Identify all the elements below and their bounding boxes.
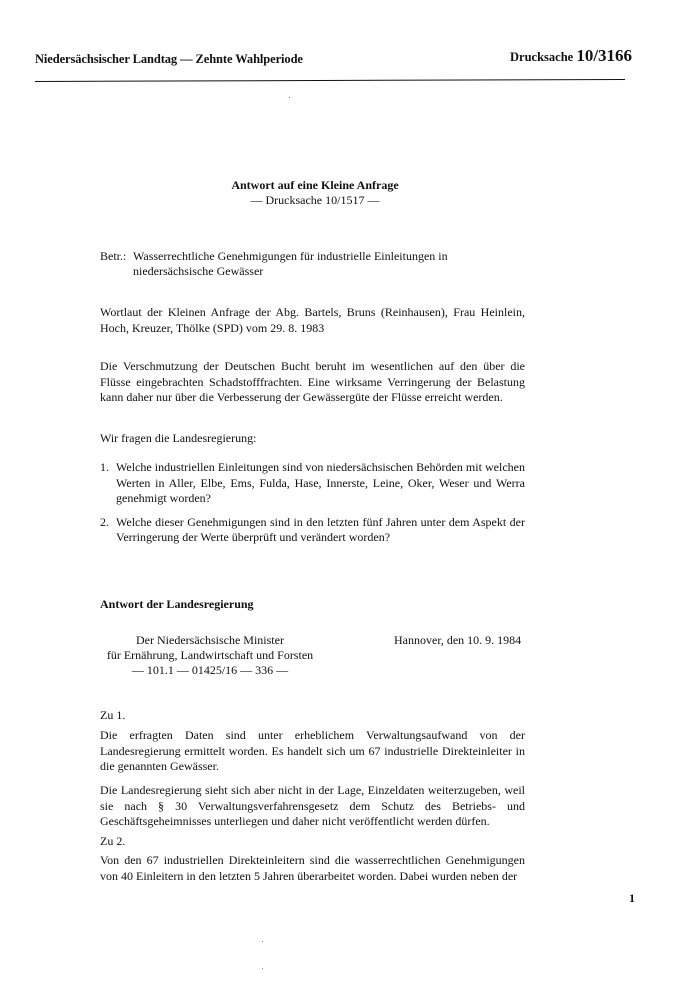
header-divider <box>35 79 625 82</box>
scan-speck <box>262 941 263 942</box>
subject-text: Wasserrechtliche Genehmigungen für indus… <box>133 249 528 279</box>
scan-speck <box>289 97 290 98</box>
question-number: 1. <box>100 460 116 507</box>
inquiry-preamble: Die Verschmutzung der Deutschen Bucht be… <box>100 359 525 406</box>
question-text: Welche industriellen Einleitungen sind v… <box>116 460 525 507</box>
dateline: Hannover, den 10. 9. 1984 <box>394 633 521 648</box>
minister-line-2: für Ernährung, Landwirtschaft und Forste… <box>100 648 320 663</box>
answer-heading: Antwort der Landesregierung <box>100 597 254 612</box>
title-line-2: — Drucksache 10/1517 — <box>200 193 430 208</box>
subject-line: Betr.:Wasserrechtliche Genehmigungen für… <box>100 249 530 279</box>
answer-1-paragraph-1: Die erfragten Daten sind unter erheblich… <box>100 728 525 775</box>
header-parliament-title: Niedersächsischer Landtag — Zehnte Wahlp… <box>35 52 303 67</box>
document-title: Antwort auf eine Kleine Anfrage — Drucks… <box>200 178 430 208</box>
minister-reference: — 101.1 — 01425/16 — 336 — <box>100 663 320 678</box>
minister-block: Der Niedersächsische Minister für Ernähr… <box>100 633 320 678</box>
inquiry-intro: Wortlaut der Kleinen Anfrage der Abg. Ba… <box>100 305 525 336</box>
question-list: 1. Welche industriellen Einleitungen sin… <box>100 460 525 554</box>
section-heading-2: Zu 2. <box>100 834 125 849</box>
document-number-label: Drucksache <box>510 50 573 64</box>
question-text: Welche dieser Genehmigungen sind in den … <box>116 515 525 546</box>
question-lead: Wir fragen die Landesregierung: <box>100 431 525 447</box>
answer-1-paragraph-2: Die Landesregierung sieht sich aber nich… <box>100 783 525 830</box>
answer-2-paragraph-1: Von den 67 industriellen Direkteinleiter… <box>100 853 525 884</box>
title-line-1: Antwort auf eine Kleine Anfrage <box>200 178 430 193</box>
question-item: 1. Welche industriellen Einleitungen sin… <box>100 460 525 507</box>
question-item: 2. Welche dieser Genehmigungen sind in d… <box>100 515 525 546</box>
section-heading-1: Zu 1. <box>100 708 125 723</box>
scan-speck <box>262 968 263 969</box>
header-document-number: Drucksache 10/3166 <box>510 46 632 66</box>
document-number-value: 10/3166 <box>576 46 632 65</box>
subject-label: Betr.: <box>100 249 133 264</box>
question-number: 2. <box>100 515 116 546</box>
minister-line-1: Der Niedersächsische Minister <box>100 633 320 648</box>
page-number: 1 <box>629 891 635 906</box>
